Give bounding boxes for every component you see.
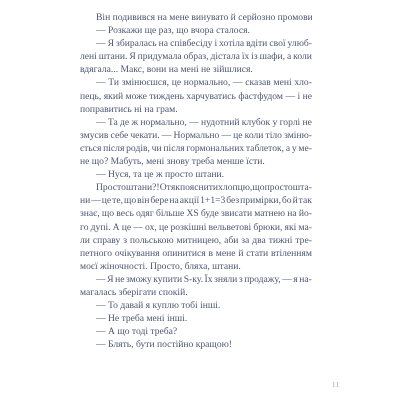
word: ни — [80, 194, 90, 207]
word: улюб- — [288, 37, 312, 50]
word: сталося. — [216, 24, 250, 37]
word: після — [103, 142, 124, 155]
word: вдіти — [246, 37, 267, 50]
word: зійшлися. — [213, 63, 253, 76]
paragraph: Вінподививсянаменевинуватойсерйознопромо… — [80, 11, 312, 24]
paragraph: —Ащотодітреба? — [80, 325, 312, 338]
word: з — [239, 273, 243, 286]
word: весь — [116, 207, 134, 220]
word: інші. — [200, 299, 220, 312]
word: аби — [224, 234, 238, 247]
word: мені — [146, 312, 164, 325]
text-line: знає,щовесьодягбільшеXSбудезвисатиматнею… — [80, 207, 312, 220]
word: тіло — [266, 129, 282, 142]
word: у — [273, 116, 278, 129]
word: — — [96, 273, 106, 286]
word: грам. — [156, 103, 177, 116]
word: які — [285, 221, 297, 234]
word: розкішні — [170, 221, 206, 234]
word: вдягала... — [80, 63, 118, 76]
word: те, — [112, 194, 123, 207]
word: То — [108, 299, 118, 312]
word: мені — [146, 155, 164, 168]
word: за — [241, 234, 249, 247]
paragraph: Простоштани?!Отякпояснитихлопцю,щопросто… — [80, 181, 312, 273]
word: магалась — [80, 286, 116, 299]
word: на — [157, 11, 166, 24]
word: просто — [165, 168, 193, 181]
word: себе — [111, 129, 129, 142]
word: — — [96, 299, 106, 312]
word: таблеток, — [246, 142, 284, 155]
word: де — [120, 116, 129, 129]
word: винувато — [191, 11, 228, 24]
word: менше — [217, 155, 244, 168]
word: що — [124, 194, 136, 207]
text-line: ни—цете,щовінберенаакції1+1=3безпримірки… — [80, 194, 312, 207]
word: купити — [153, 273, 182, 286]
word: що — [102, 207, 114, 220]
text-line: —Блять,бутипостійнокращою! — [80, 338, 312, 351]
text-line: лисправузпольськоюмитницею,абизадватижні… — [80, 234, 312, 247]
word: опинитися — [162, 247, 205, 260]
word: 1+1=3 — [200, 194, 225, 207]
paragraph: —ЯнезможукупитиS-ку.Їхзнялизпродажу,—яна… — [80, 273, 312, 299]
word: на — [169, 63, 178, 76]
word: Просто, — [150, 260, 182, 273]
word: втіленням — [271, 247, 312, 260]
word: — — [96, 312, 106, 325]
word: і — [214, 37, 217, 50]
word: мене — [216, 247, 236, 260]
word: тре- — [295, 234, 312, 247]
word: я — [293, 273, 297, 286]
word: зняли — [214, 273, 237, 286]
word: шта- — [293, 181, 312, 194]
word: чи — [152, 142, 162, 155]
word: що? — [92, 155, 108, 168]
word: лені — [80, 50, 97, 63]
word: з — [123, 234, 127, 247]
word: знову — [167, 155, 190, 168]
word: та — [133, 168, 142, 181]
word: штани. — [195, 168, 224, 181]
word: — — [96, 325, 106, 338]
word: шафи, — [260, 50, 285, 63]
text-line: леніштани.Япридумалаобраз,дісталаїхізшаф… — [80, 50, 312, 63]
word: вони — [147, 63, 167, 76]
word: це — [122, 221, 131, 234]
paragraph: —Язбираласьнаспівбесідуіхотілавдітисвоїу… — [80, 37, 312, 76]
word: чекати. — [130, 129, 159, 142]
text-line: поправитисьнінаграм. — [80, 103, 312, 116]
word: сказав — [245, 76, 271, 89]
word: — — [91, 194, 101, 207]
word: пояснити — [180, 181, 218, 194]
paragraph: —Розкажищераз,щовчорасталося. — [80, 24, 312, 37]
word: просто — [265, 181, 293, 194]
page-number: 11 — [332, 381, 340, 390]
word: на — [159, 37, 168, 50]
text-line: —Язбираласьнаспівбесідуіхотілавдітисвоїу… — [80, 37, 312, 50]
word: гормональних — [186, 142, 244, 155]
word: А — [108, 325, 115, 338]
word: й — [238, 247, 243, 260]
word: хло- — [294, 76, 312, 89]
word: Та — [108, 116, 118, 129]
word: а — [287, 50, 291, 63]
word: Він — [96, 11, 110, 24]
word: моєї — [80, 260, 98, 273]
word: на — [144, 103, 153, 116]
word: це — [144, 168, 153, 181]
word: на — [287, 207, 296, 220]
word: — — [282, 273, 292, 286]
word: Нормально — [173, 129, 219, 142]
word: змусив — [80, 129, 108, 142]
text-line: —Тизмінюєшся,ценормально,—сказавменіхло- — [80, 76, 312, 89]
word: я — [146, 299, 150, 312]
word: Їх — [205, 273, 213, 286]
word: на — [169, 194, 178, 207]
word: вельветові — [209, 221, 252, 234]
book-page: Вінподививсянаменевинуватойсерйознопромо… — [0, 0, 400, 400]
word: — — [96, 338, 106, 351]
word: родів, — [126, 142, 150, 155]
word: тиждень — [149, 90, 184, 103]
text-block: Вінподививсянаменевинуватойсерйознопромо… — [80, 11, 312, 351]
word: а — [286, 142, 290, 155]
word: S-ку. — [184, 273, 203, 286]
word: мені — [180, 63, 198, 76]
word: свої — [269, 37, 285, 50]
word: придумала — [138, 50, 182, 63]
word: збиралась — [116, 37, 157, 50]
word: Я — [108, 37, 114, 50]
paragraph: —Блять,бутипостійнокращою! — [80, 338, 312, 351]
word: постійно — [157, 338, 193, 351]
word: він — [137, 194, 149, 207]
word: Я — [107, 273, 113, 286]
word: штани?! — [126, 181, 160, 194]
word: одяг — [136, 207, 154, 220]
paragraph: —Тизмінюєшся,ценормально,—сказавменіхло-… — [80, 76, 312, 115]
word: зміню- — [284, 129, 312, 142]
word: раз, — [159, 24, 174, 37]
word: їх — [242, 50, 249, 63]
word: — — [96, 24, 106, 37]
word: інші. — [167, 312, 187, 325]
text-line: пець,якийможетижденьхарчуватисьфастфудом… — [80, 90, 312, 103]
word: Блять, — [108, 338, 134, 351]
word: стати — [246, 247, 268, 260]
word: нормально, — [184, 76, 230, 89]
word: Ти — [108, 76, 119, 89]
text-line: годупі.Аце—ох,церозкішнівельветовібрюки,… — [80, 221, 312, 234]
text-line: Простоштани?!Отякпояснитихлопцю,щопросто… — [80, 181, 312, 194]
word: нудотний — [201, 116, 239, 129]
text-line: —Тодавайякуплютобіінші. — [80, 299, 312, 312]
word: давай — [120, 299, 143, 312]
word: і — [297, 90, 300, 103]
word: треба — [192, 155, 215, 168]
word: образ, — [184, 50, 209, 63]
text-line: магаласьзберігатиспокій. — [80, 286, 312, 299]
paragraph: —Нуся,тацежпростоштани. — [80, 168, 312, 181]
word: бути — [136, 338, 155, 351]
word: Макс, — [121, 63, 145, 76]
word: їсти. — [246, 155, 265, 168]
word: мені — [274, 76, 292, 89]
word: ж — [156, 168, 163, 181]
word: бо — [282, 194, 292, 207]
word: ох, — [145, 221, 157, 234]
word: — — [285, 90, 295, 103]
text-line: петногоочікуванняопинитисявменейстативті… — [80, 247, 312, 260]
word: у — [292, 142, 297, 155]
word: змінюєшся, — [122, 76, 169, 89]
text-line: —Тадежнормально,—нудотнийклубокугорліне — [80, 116, 312, 129]
word: — — [96, 116, 106, 129]
word: дупі. — [91, 221, 111, 234]
text-line: змусивсебечекати.—Нормально—цеколитілозм… — [80, 129, 312, 142]
word: це — [233, 129, 242, 142]
word: акції — [180, 194, 199, 207]
paragraph: —Тадежнормально,—нудотнийклубокугорлінез… — [80, 116, 312, 168]
paragraph: —Тодавайякуплютобіінші. — [80, 299, 312, 312]
word: поправитись — [80, 103, 132, 116]
word: Нуся, — [108, 168, 131, 181]
word: штани. — [212, 260, 241, 273]
word: А — [113, 221, 120, 234]
text-line: моєїжіночності.Просто,бляха,штани. — [80, 260, 312, 273]
word: — — [162, 129, 172, 142]
text-line: —Розкажищераз,щовчорасталося. — [80, 24, 312, 37]
word: куплю — [152, 299, 178, 312]
word: хлопцю, — [218, 181, 252, 194]
word: XS — [186, 207, 198, 220]
text-line: —ЯнезможукупитиS-ку.Їхзнялизпродажу,—яна… — [80, 273, 312, 286]
word: подивився — [113, 11, 155, 24]
word: матнею — [254, 207, 285, 220]
word: ма- — [298, 221, 311, 234]
word: не — [115, 273, 124, 286]
word: без — [226, 194, 239, 207]
word: — — [221, 129, 231, 142]
word: ще — [145, 24, 157, 37]
word: — — [189, 116, 199, 129]
word: коли — [293, 50, 312, 63]
word: й — [231, 11, 236, 24]
word: й — [293, 194, 298, 207]
word: вчора — [191, 24, 214, 37]
word: не — [303, 90, 312, 103]
word: в — [208, 247, 213, 260]
word: Я — [129, 50, 135, 63]
word: тижні — [269, 234, 293, 247]
word: спокій. — [159, 286, 188, 299]
word: серйозно — [238, 11, 275, 24]
word: звисати — [221, 207, 252, 220]
word: ні — [134, 103, 142, 116]
word: на- — [299, 273, 312, 286]
word: ється — [80, 142, 101, 155]
word: так — [299, 194, 312, 207]
word: треба — [122, 312, 145, 325]
word: справу — [93, 234, 120, 247]
word: йо- — [299, 207, 312, 220]
word: — — [96, 37, 106, 50]
word: хотіла — [219, 37, 244, 50]
word: Не — [108, 312, 119, 325]
word: фастфудом — [238, 90, 283, 103]
word: очікування — [115, 247, 160, 260]
word: що — [252, 181, 264, 194]
word: треба? — [150, 325, 177, 338]
word: це — [102, 194, 111, 207]
word: Мабуть, — [111, 155, 144, 168]
text-line: нещо?Мабуть,менізновутребаменшеїсти. — [80, 155, 312, 168]
text-line: єтьсяпісляродів,чипіслягормональнихтабле… — [80, 142, 312, 155]
word: штани. — [99, 50, 128, 63]
word: це — [159, 221, 168, 234]
word: може — [126, 90, 147, 103]
word: петного — [80, 247, 112, 260]
word: — — [96, 168, 106, 181]
word: це — [172, 76, 181, 89]
word: мене — [169, 11, 189, 24]
word: ж — [131, 116, 138, 129]
word: нормально, — [140, 116, 186, 129]
word: дістала — [210, 50, 240, 63]
word: співбесіду — [170, 37, 212, 50]
word: тоді — [132, 325, 148, 338]
word: ме- — [298, 142, 312, 155]
word: буде — [201, 207, 219, 220]
word: — — [233, 76, 243, 89]
word: пець, — [80, 90, 101, 103]
word: брюки, — [253, 221, 282, 234]
word: не — [302, 116, 311, 129]
text-line: —Нуся,тацежпростоштани. — [80, 168, 312, 181]
text-line: —Ащотодітреба? — [80, 325, 312, 338]
word: митницею, — [177, 234, 222, 247]
word: який — [104, 90, 123, 103]
text-line: вдягала...Макс,вонинаменінезійшлися. — [80, 63, 312, 76]
word: бере — [150, 194, 168, 207]
word: примірки, — [240, 194, 281, 207]
word: як — [171, 181, 180, 194]
text-line: Вінподививсянаменевинуватойсерйознопромо… — [80, 11, 312, 24]
word: зможу — [126, 273, 152, 286]
word: клубок — [242, 116, 270, 129]
word: польською — [130, 234, 174, 247]
word: — — [133, 221, 143, 234]
word: із — [251, 50, 257, 63]
word: бляха, — [185, 260, 210, 273]
word: харчуватись — [186, 90, 235, 103]
word: більше — [156, 207, 184, 220]
word: не — [201, 63, 210, 76]
word: знає, — [80, 207, 100, 220]
text-line: —Нетребаменіінші. — [80, 312, 312, 325]
word: Розкажи — [108, 24, 142, 37]
word: горлі — [280, 116, 301, 129]
word: кращою! — [196, 338, 232, 351]
word: тобі — [181, 299, 197, 312]
word: жіночності. — [100, 260, 148, 273]
word: От — [160, 181, 171, 194]
word: коли — [245, 129, 264, 142]
word: зберігати — [119, 286, 157, 299]
word: після — [163, 142, 184, 155]
word: що — [176, 24, 188, 37]
word: — — [96, 76, 106, 89]
word: промовив: — [278, 11, 312, 24]
word: го — [80, 221, 89, 234]
word: що — [117, 325, 129, 338]
word: ли — [80, 234, 90, 247]
word: два — [252, 234, 266, 247]
word: продажу, — [244, 273, 280, 286]
word: не — [80, 155, 89, 168]
paragraph: —Нетребаменіінші. — [80, 312, 312, 325]
word: Просто — [96, 181, 126, 194]
